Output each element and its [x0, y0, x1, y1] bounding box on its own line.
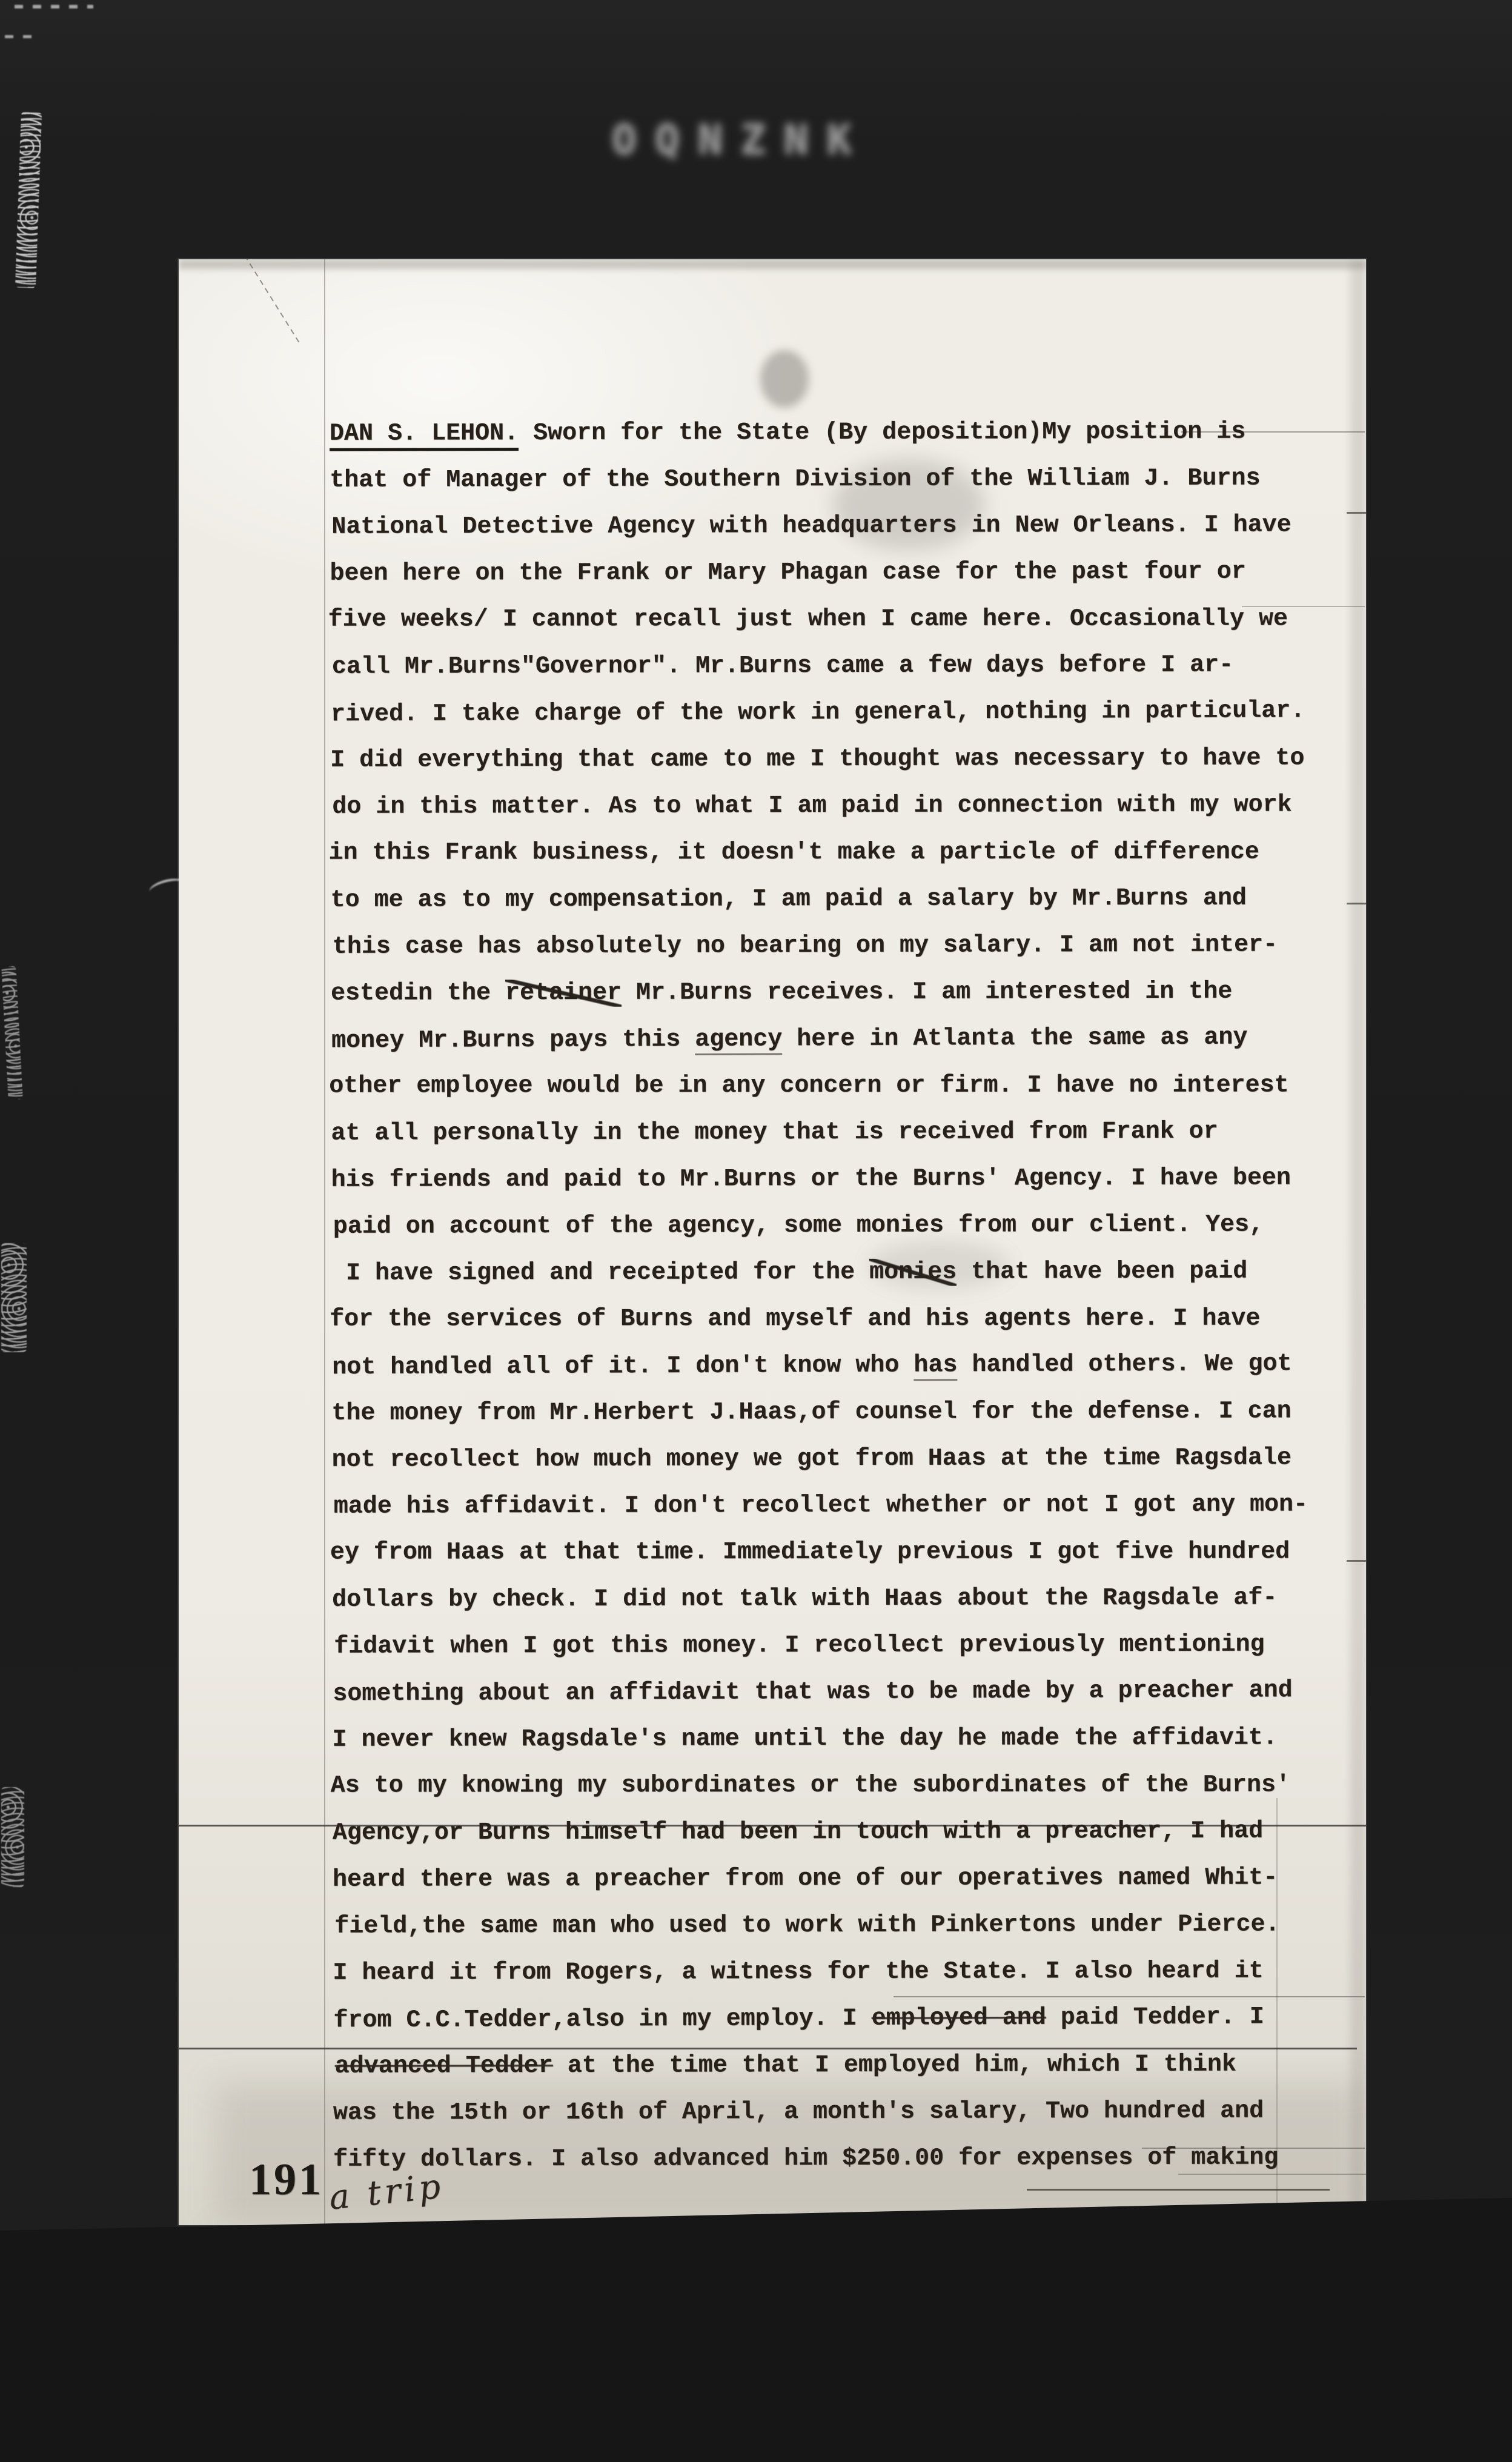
film-speck-strip [15, 111, 42, 288]
text-line: at all personally in the money that is r… [331, 1108, 1354, 1157]
text-line: the money from Mr.Herbert J.Haas,of coun… [331, 1388, 1355, 1437]
microfilm-header-marking: OQNZNK [612, 116, 987, 164]
film-edge-shadow [0, 2193, 1512, 2462]
text-line: other employee would be in any concern o… [329, 1062, 1353, 1109]
text-line: heard there was a preacher from one of o… [333, 1854, 1356, 1903]
text-line: I did everything that came to me I thoug… [330, 735, 1354, 784]
text-line: fidavit when I got this money. I recolle… [334, 1621, 1358, 1670]
document-page: DAN S. LEHON. Sworn for the State (By de… [179, 259, 1366, 2225]
page-number: 191 [249, 2154, 323, 2206]
text-line: ey from Haas at that time. Immediately p… [330, 1528, 1354, 1576]
text-line: in this Frank business, it doesn't make … [328, 829, 1352, 876]
text-line: I heard it from Rogers, a witness for th… [333, 1948, 1356, 1997]
text-line: for the services of Burns and myself and… [330, 1295, 1353, 1342]
text-line: was the 15th or 16th of April, a month's… [333, 2088, 1357, 2137]
text-line: that of Manager of the Southern Division… [330, 455, 1353, 504]
text-line: something about an affidavit that was to… [333, 1667, 1356, 1717]
text-line: call Mr.Burns"Governor". Mr.Burns came a… [332, 642, 1356, 691]
text-line: not recollect how much money we got from… [331, 1435, 1355, 1484]
microfilm-scan: { "film": { "header_marking": "OQNZNK" }… [0, 0, 1512, 2462]
text-line: rived. I take charge of the work in gene… [331, 688, 1354, 738]
text-line: his friends and paid to Mr.Burns or the … [331, 1155, 1355, 1204]
text-line: dollars by check. I did not talk with Ha… [332, 1574, 1356, 1624]
film-speck-strip [1, 1787, 24, 1887]
film-edge-dashes [5, 35, 41, 38]
text-line: fifty dollars. I also advanced him $250.… [333, 2134, 1357, 2183]
text-line: five weeks/ I cannot recall just when I … [328, 596, 1352, 643]
text-line: DAN S. LEHON. Sworn for the State (By de… [330, 408, 1353, 457]
film-speck-strip [1, 966, 22, 1100]
film-speck-strip [1, 1243, 27, 1352]
text-line: not handled all of it. I don't know who … [332, 1341, 1356, 1391]
text-line: money Mr.Burns pays this agency here in … [331, 1014, 1355, 1064]
text-line: to me as to my compensation, I am paid a… [331, 875, 1354, 924]
text-line: National Detective Agency with headquart… [331, 502, 1355, 551]
text-line: made his affidavit. I don't recollect wh… [334, 1481, 1358, 1530]
ledger-margin-line-left [324, 259, 325, 2225]
text-line: advanced Tedder at the time that I emplo… [335, 2041, 1359, 2090]
text-line: from C.C.Tedder,also in my employ. I emp… [333, 1994, 1357, 2044]
text-line: As to my knowing my subordinates or the … [331, 1762, 1354, 1809]
text-line: I never knew Ragsdale's name until the d… [332, 1714, 1356, 1764]
film-edge-dashes [15, 5, 93, 8]
text-line: do in this matter. As to what I am paid … [332, 781, 1356, 831]
text-line: been here on the Frank or Mary Phagan ca… [330, 548, 1353, 597]
text-line: I have signed and receipted for the moni… [331, 1248, 1355, 1297]
text-line: Agency,or Burns himself had been in touc… [333, 1808, 1356, 1857]
text-line: field,the same man who used to work with… [334, 1901, 1358, 1950]
deposition-text: DAN S. LEHON. Sworn for the State (By de… [330, 408, 1357, 2183]
text-line: estedin the retainer Mr.Burns receives. … [331, 968, 1354, 1017]
text-line: paid on account of the agency, some moni… [333, 1201, 1357, 1250]
ink-smudge [760, 350, 809, 408]
text-line: this case has absolutely no bearing on m… [333, 921, 1356, 971]
film-scratch [244, 259, 300, 343]
page-edge-grime [179, 259, 1366, 269]
